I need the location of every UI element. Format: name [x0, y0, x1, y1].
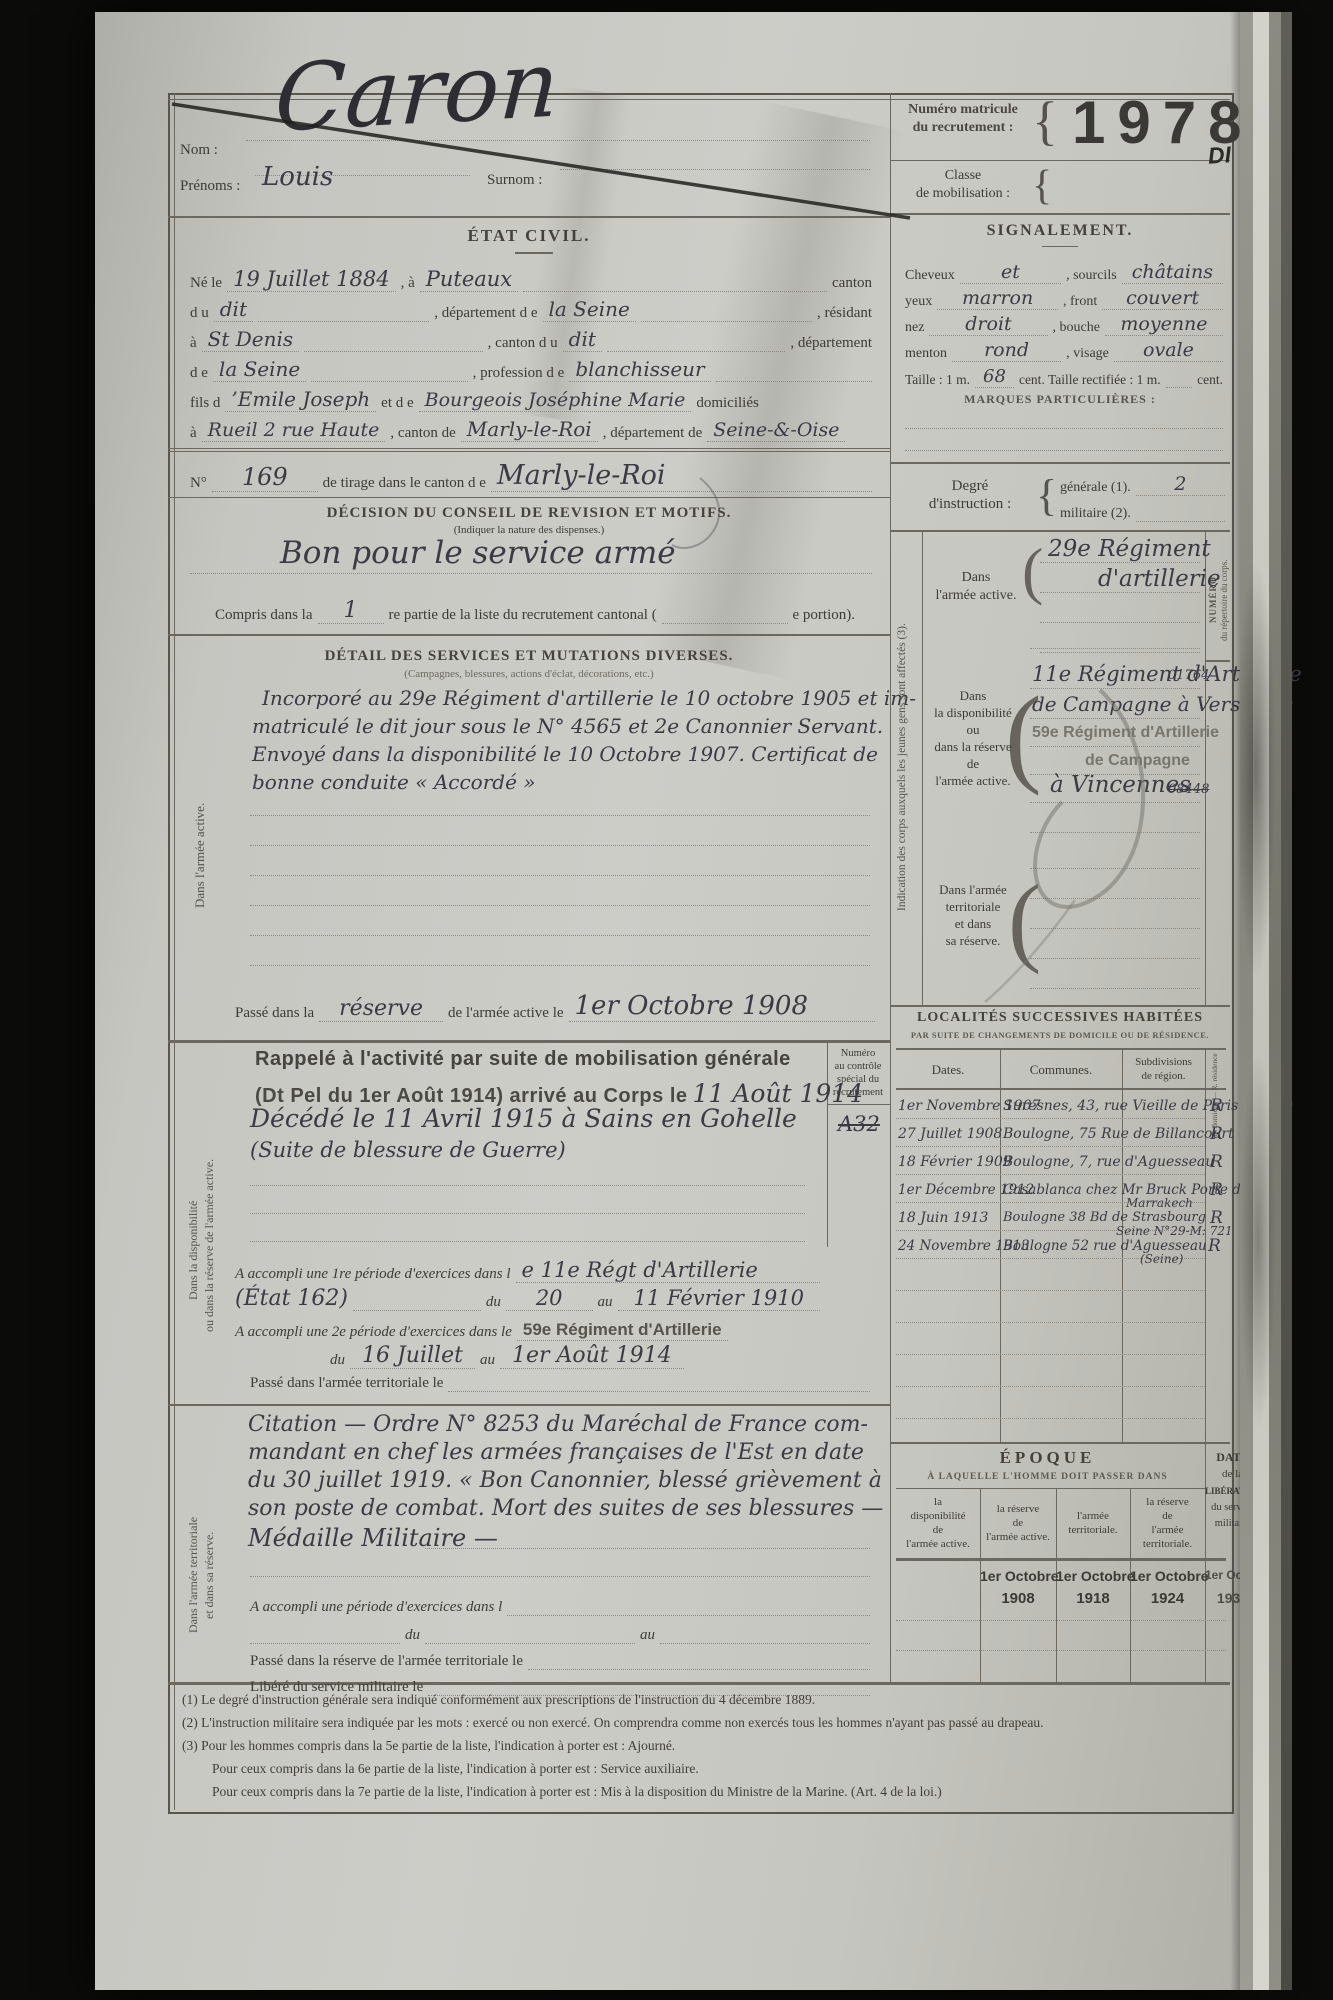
matricule-label-2: du recrutement :: [898, 120, 1028, 136]
domicilies-label: domiciliés: [696, 395, 759, 412]
rule-dotted: [896, 1418, 1205, 1419]
numero-label: N°: [190, 475, 207, 492]
decision-title: DÉCISION DU CONSEIL DE REVISION ET MOTIF…: [168, 505, 890, 522]
periode1-du-value: 20: [506, 1286, 593, 1311]
rule-line: [890, 1005, 1230, 1007]
footnote-1: (1) Le degré d'instruction générale sera…: [182, 1692, 815, 1708]
passe-label: Passé dans la: [235, 1005, 314, 1022]
ep-col1-line3: de: [896, 1524, 980, 1536]
ep-col1-line4: l'armée active.: [896, 1538, 980, 1550]
nom-label: Nom :: [180, 142, 218, 159]
ctrl-label-1: Numéro: [828, 1048, 888, 1059]
dispo-label-3: ou: [928, 722, 1018, 738]
etat-162-value: (État 162): [235, 1286, 348, 1311]
rule-line: [174, 93, 175, 1810]
ep-col1-line1: la: [896, 1496, 980, 1508]
loc-row-commune: Boulogne, 75 Rue de Billancourt: [1003, 1126, 1234, 1142]
corps-active-value-2: d'artillerie: [1098, 566, 1221, 592]
rule-dotted: [896, 1174, 1205, 1175]
decede-line: Décédé le 11 Avril 1915 à Sains en Gohel…: [250, 1104, 797, 1133]
rule-dotted: [1030, 688, 1200, 689]
di-stamp: DI: [1207, 141, 1232, 170]
cent-label: cent.: [1197, 372, 1223, 388]
ctrl-number-value: A32: [838, 1112, 880, 1136]
classe-label-1: Classe: [898, 168, 1028, 184]
periode2-regiment-stamp: 59e Régiment d'Artillerie: [517, 1320, 728, 1341]
sourcils-label: , sourcils: [1066, 268, 1117, 284]
ep-col4-line3: l'armée: [1130, 1524, 1205, 1536]
rule-dotted: [507, 1615, 870, 1616]
loc-row-commune: Boulogne 38 Bd de Strasbourg: [1003, 1210, 1206, 1225]
armee-active-label-1: Dans: [928, 570, 1024, 586]
col-dates-header: Dates.: [896, 1062, 1000, 1078]
mobilisation-stamp-line1: Rappelé à l'activité par suite de mobili…: [255, 1048, 791, 1071]
rule-line: [890, 530, 1230, 532]
rule-line: [168, 497, 890, 498]
line-periode2-dates: du 16 Juillet au 1er Août 1914: [330, 1339, 750, 1369]
ep-value-reserve-b: 1908: [980, 1590, 1056, 1607]
militaire-label: militaire (2).: [1060, 506, 1131, 522]
periode1-au-value: 11 Février 1910: [618, 1286, 820, 1311]
nez-label: nez: [905, 320, 924, 336]
services-hand-line4: bonne conduite « Accordé »: [252, 770, 536, 794]
ep-col3-line1: l'armée: [1056, 1510, 1130, 1522]
epoque-title: ÉPOQUE: [890, 1448, 1205, 1468]
rule-dotted: [896, 1322, 1205, 1323]
citation-line1: Citation — Ordre N° 8253 du Maréchal de …: [248, 1412, 868, 1437]
menton-label: menton: [905, 346, 947, 362]
rule-dotted: [250, 965, 870, 966]
au-label: au: [598, 1294, 613, 1311]
corps-dispo-number-1: 01764: [1168, 668, 1209, 683]
departement2-label: , département: [790, 335, 872, 352]
matricule-label-1: Numéro matricule: [898, 102, 1028, 118]
loc-row-dr: R: [1210, 1096, 1223, 1116]
sig-row-yeux: yeux marron , front couvert: [905, 284, 1223, 310]
rule-dotted: [896, 1354, 1205, 1355]
title-dash: [515, 252, 553, 254]
services-hand-line3: Envoyé dans la disponibilité le 10 Octob…: [252, 742, 878, 766]
line-periode-vierge: A accompli une période d'exercices dans …: [250, 1590, 870, 1616]
fils-de-label: fils d: [190, 395, 220, 412]
loc-row-dr: R: [1210, 1124, 1223, 1144]
tirage-canton-value: Marly-le-Roi: [491, 460, 872, 492]
line-instruction-generale: générale (1). 2: [1060, 472, 1225, 496]
cheveux-value: et: [960, 261, 1061, 284]
rule-dotted: [190, 573, 872, 574]
degre-label-2: d'instruction :: [910, 496, 1030, 513]
page-edge: [1240, 12, 1253, 1990]
rule-dotted: [896, 1146, 1205, 1147]
rule-dotted: [250, 1576, 870, 1577]
col-subdiv-header-1: Subdivisions: [1122, 1056, 1205, 1068]
citation-line5: Médaille Militaire —: [248, 1524, 498, 1552]
ctrl-label-3: spécial du: [828, 1074, 888, 1085]
decision-value: Bon pour le service armé: [280, 535, 676, 571]
line-tirage: N° 169 de tirage dans le canton d e Marl…: [190, 458, 872, 492]
localites-subtitle: PAR SUITE DE CHANGEMENTS DE DOMICILE OU …: [890, 1030, 1230, 1040]
taille-value: 68: [975, 366, 1014, 388]
domicile-value: Rueil 2 rue Haute: [202, 419, 386, 442]
ctrl-label-2: au contrôle: [828, 1061, 888, 1072]
rule-dotted: [250, 1185, 805, 1186]
a-label: , à: [401, 275, 415, 292]
sourcils-value: châtains: [1122, 261, 1223, 284]
line-compris: Compris dans la 1 re partie de la liste …: [215, 596, 855, 624]
generale-label: générale (1).: [1060, 480, 1131, 496]
sig-row-nez: nez droit , bouche moyenne: [905, 310, 1223, 336]
front-label: , front: [1063, 294, 1097, 310]
rule-dotted: [1040, 562, 1200, 563]
rule-dotted: [896, 1386, 1205, 1387]
corps-dispo-number-2: 08448: [1168, 782, 1209, 797]
footnote-3: (3) Pour les hommes compris dans la 5e p…: [182, 1738, 675, 1754]
line-profession: d e la Seine , profession d e blanchisse…: [190, 352, 872, 382]
rule-dotted: [250, 845, 870, 846]
rule-line: [168, 448, 890, 449]
canton-domicile-value: Marly-le-Roi: [461, 417, 598, 442]
passe-reserve-value: réserve: [319, 996, 443, 1022]
canton-du-label: , canton d u: [488, 335, 558, 352]
taille-rectifiee-label: cent. Taille rectifiée : 1 m.: [1019, 372, 1161, 388]
rule-line: [890, 462, 1230, 464]
taille-label: Taille : 1 m.: [905, 372, 970, 388]
section-rule: [168, 1040, 890, 1043]
ctrl-label-4: recrutement: [828, 1087, 888, 1098]
col-communes-header: Communes.: [1000, 1062, 1122, 1078]
rule-dotted: [1030, 718, 1200, 719]
ep-col2-line3: l'armée active.: [980, 1531, 1056, 1543]
localites-title: LOCALITÉS SUCCESSIVES HABITÉES: [890, 1010, 1230, 1026]
line-passe-reserve: Passé dans la réserve de l'armée active …: [235, 988, 875, 1022]
rule-dotted: [1030, 928, 1200, 929]
rule-dotted: [250, 935, 870, 936]
residant-label: , résidant: [817, 305, 872, 322]
classe-label-2: de mobilisation :: [898, 186, 1028, 202]
rule-dotted: [896, 1290, 1205, 1291]
repertoire-label-2: du répertoire du corps.: [1219, 535, 1229, 665]
passe-territoriale-label: Passé dans l'armée territoriale le: [250, 1375, 443, 1392]
departement-value: la Seine: [543, 297, 636, 322]
rule-dotted: [905, 428, 1223, 429]
line-periode1-dates: (État 162) du 20 au 11 Février 1910: [235, 1281, 820, 1311]
yeux-label: yeux: [905, 294, 932, 310]
visage-value: ovale: [1114, 339, 1223, 362]
services-title: DÉTAIL DES SERVICES ET MUTATIONS DIVERSE…: [168, 648, 890, 665]
generale-value: 2: [1136, 473, 1225, 496]
armee-active-le-label: de l'armée active le: [448, 1005, 564, 1022]
binding-blotch: [1236, 560, 1276, 980]
departement-res-value: la Seine: [213, 357, 306, 382]
page-edge: [1281, 12, 1292, 1990]
bouche-label: , bouche: [1053, 320, 1100, 336]
dispo-label-5: de: [928, 756, 1018, 772]
brace-icon: {: [1036, 470, 1057, 521]
rule-dotted: [250, 1241, 805, 1242]
rule-dotted: [896, 1118, 1205, 1119]
rule-dotted: [896, 1620, 1226, 1621]
ep-col4-line2: de: [1130, 1510, 1205, 1522]
canton-label: canton: [832, 275, 872, 292]
bouche-value: moyenne: [1105, 313, 1223, 336]
line-parents: fils d ’Emile Joseph et d e Bourgeois Jo…: [190, 382, 872, 412]
du-label: du: [486, 1294, 501, 1311]
rule-line: [168, 451, 890, 452]
citation-line4: son poste de combat. Mort des suites de …: [248, 1496, 883, 1521]
mother-name-value: Bourgeois Joséphine Marie: [419, 389, 692, 412]
front-value: couvert: [1102, 287, 1223, 310]
ep-value-reserve-terr-b: 1924: [1130, 1590, 1205, 1607]
rule-dotted: [250, 1213, 805, 1214]
dispo-label-1: Dans: [928, 688, 1018, 704]
rule-dotted: [662, 623, 788, 624]
corps-dispo-stamp-2: de Campagne: [1085, 752, 1190, 770]
sig-row-cheveux: Cheveux et , sourcils châtains: [905, 258, 1223, 284]
line-du-au-vierge: du au: [250, 1618, 870, 1644]
et-de-label: et d e: [381, 395, 413, 412]
ep-col3-line2: territoriale.: [1056, 1524, 1130, 1536]
dispo-label-2: la disponibilité: [928, 705, 1018, 721]
nez-value: droit: [929, 313, 1047, 336]
loc-row-dr: R: [1210, 1180, 1223, 1200]
section-rule: [168, 1404, 890, 1406]
prenoms-value: Louis: [262, 162, 333, 192]
rule-dotted: [1040, 622, 1200, 623]
du-label: d u: [190, 305, 209, 322]
blessure-line: (Suite de blessure de Guerre): [250, 1138, 566, 1162]
loc-row-sub: Marrakech: [1126, 1196, 1193, 1210]
rule-line: [890, 213, 1230, 215]
rule-dotted: [1030, 832, 1200, 833]
footnote-2: (2) L'instruction militaire sera indiqué…: [182, 1715, 1043, 1731]
ep-col2-line2: de: [980, 1517, 1056, 1529]
ctrl-column-divider: [827, 1042, 828, 1247]
services-hand-line1: Incorporé au 29e Régiment d'artillerie l…: [262, 686, 916, 710]
compris-end-label: e portion).: [793, 607, 855, 624]
liste-partie-value: 1: [318, 598, 384, 624]
rule-dotted: [250, 875, 870, 876]
loc-row-sub: (Seine): [1140, 1252, 1183, 1266]
paren-icon: (: [1022, 534, 1043, 608]
ep-col4-line1: la réserve: [1130, 1496, 1205, 1508]
territoriale-label-1: Dans l'armée: [928, 882, 1018, 898]
loc-row-commune: Boulogne, 7, rue d'Aguesseau: [1003, 1154, 1214, 1170]
section-rule: [168, 634, 890, 636]
prenoms-label: Prénoms :: [180, 178, 240, 195]
rule-dotted: [1030, 958, 1200, 959]
page-edge: [1253, 12, 1269, 1990]
armee-active-label-2: l'armée active.: [928, 588, 1024, 604]
departement-domicile-value: Seine-&-Oise: [707, 419, 845, 442]
line-canton: d u dit , département d e la Seine , rés…: [190, 292, 872, 322]
line-periode2: A accompli une 2e période d'exercices da…: [235, 1311, 820, 1341]
territoriale-label-4: sa réserve.: [928, 933, 1018, 949]
footnote-5: Pour ceux compris dans la 7e partie de l…: [212, 1784, 942, 1800]
rule-line: [896, 1048, 1226, 1050]
menton-value: rond: [952, 339, 1061, 362]
page-edge-shadow: [1230, 12, 1240, 1990]
a2-label: à: [190, 425, 197, 442]
epoque-subtitle: À LAQUELLE L'HOMME DOIT PASSER DANS: [890, 1472, 1205, 1482]
rule-dotted: [1030, 868, 1200, 869]
rule-dotted: [1166, 387, 1193, 388]
ep-col1-line2: disponibilité: [896, 1510, 980, 1522]
citation-line2: mandant en chef les armées françaises de…: [248, 1440, 864, 1465]
line-ne-le: Né le 19 Juillet 1884 , à Puteaux canton: [190, 262, 872, 292]
loc-row-dr: R: [1210, 1208, 1223, 1228]
corps-dispo-stamp-1: 59e Régiment d'Artillerie: [1032, 724, 1219, 742]
rule-dotted: [250, 815, 870, 816]
de-label: d e: [190, 365, 208, 382]
title-dash: [1042, 246, 1078, 247]
signalement-title: SIGNALEMENT.: [890, 222, 1230, 240]
rule-dotted: [1030, 802, 1200, 803]
yeux-value: marron: [937, 287, 1058, 310]
visage-label: , visage: [1066, 346, 1109, 362]
profession-label: , profession d e: [473, 365, 565, 382]
corps-side-label: Indication des corps auxquels les jeunes…: [896, 540, 908, 995]
loc-row-date: 18 Juin 1913: [898, 1210, 988, 1226]
marques-title: MARQUES PARTICULIÈRES :: [890, 392, 1230, 407]
canton-du-value: dit: [563, 327, 602, 352]
passe-reserve-date: 1er Octobre 1908: [569, 991, 875, 1022]
ep-value-territoriale-a: 1er Octobre: [1056, 1568, 1130, 1584]
rule-line: [922, 530, 923, 1005]
ne-le-label: Né le: [190, 275, 222, 292]
loc-row-dr: R: [1210, 1152, 1223, 1172]
birth-date-value: 19 Juillet 1884: [227, 267, 395, 292]
rule-dotted: [1030, 648, 1200, 649]
tirage-number-value: 169: [212, 463, 318, 492]
rule-line: [896, 1488, 1205, 1489]
ep-col2-line1: la réserve: [980, 1503, 1056, 1515]
ep-value-reserve-a: 1er Octobre: [980, 1568, 1056, 1584]
rule-line: [890, 160, 1230, 161]
rule-dotted: [1136, 521, 1225, 522]
profession-value: blanchisseur: [569, 357, 710, 382]
ep-col4-line4: territoriale.: [1130, 1538, 1205, 1550]
ep-value-reserve-terr-a: 1er Octobre: [1130, 1568, 1205, 1584]
rule-dotted: [1030, 898, 1200, 899]
services-subtitle: (Campagnes, blessures, actions d'éclat, …: [168, 668, 890, 680]
corps-active-value-1: 29e Régiment: [1048, 536, 1211, 562]
birth-place-value: Puteaux: [420, 267, 518, 292]
rule-dotted: [448, 1391, 870, 1392]
residence-value: St Denis: [202, 327, 300, 352]
brace-icon: {: [1032, 90, 1058, 152]
line-residence: à St Denis , canton d u dit , départemen…: [190, 322, 872, 352]
territoriale-label-2: territoriale: [928, 899, 1018, 915]
rule-line: [890, 1442, 1230, 1444]
degre-label-1: Degré: [910, 478, 1030, 495]
brace-icon: {: [1032, 162, 1052, 210]
services-hand-line2: matriculé le dit jour sous le N° 4565 et…: [252, 714, 883, 738]
rule-dotted: [896, 1650, 1226, 1651]
territoriale-side-label-2: et dans sa réserve.: [202, 1445, 217, 1705]
etat-civil-title: ÉTAT CIVIL.: [168, 226, 890, 246]
compris-label: Compris dans la: [215, 607, 313, 624]
rule-line: [1205, 530, 1206, 1005]
line-libere: Libéré du service militaire le: [250, 1650, 870, 1696]
rule-line: [896, 1558, 1226, 1561]
disponibilite-side-label-1: Dans la disponibilité: [186, 1110, 201, 1390]
section-rule: [168, 216, 890, 218]
loc-row-date: 27 Juillet 1908: [898, 1126, 1002, 1142]
du-label: du: [405, 1627, 420, 1644]
rule-dotted: [1030, 988, 1200, 989]
loc-row-date: 18 Février 1909: [898, 1154, 1012, 1170]
compris-mid-label: re partie de la liste du recrutement can…: [389, 607, 657, 624]
rule-dotted: [560, 169, 870, 170]
line-instruction-militaire: militaire (2).: [1060, 498, 1225, 522]
loc-row-dr: R: [1208, 1236, 1221, 1256]
departement-de-label: , département de: [603, 425, 703, 442]
armee-active-side-label: Dans l'armée active.: [192, 690, 208, 1020]
rule-dotted: [1040, 592, 1200, 593]
au-label: au: [640, 1627, 655, 1644]
territoriale-side-label-1: Dans l'armée territoriale: [186, 1430, 201, 1720]
footnote-4: Pour ceux compris dans la 6e partie de l…: [212, 1761, 699, 1777]
ep-value-territoriale-b: 1918: [1056, 1590, 1130, 1607]
sig-row-taille: Taille : 1 m. 68 cent. Taille rectifiée …: [905, 364, 1223, 388]
binding-blotch: [1240, 1050, 1276, 1430]
citation-line3: du 30 juillet 1919. « Bon Canonnier, ble…: [248, 1468, 882, 1493]
departement-label: , département d e: [434, 305, 537, 322]
rule-dotted: [905, 450, 1223, 451]
rule-line: [896, 1088, 1226, 1090]
periode1-value: e 11e Régt d'Artillerie: [516, 1258, 821, 1283]
father-name-value: ’Emile Joseph: [225, 387, 376, 412]
cheveux-label: Cheveux: [905, 268, 955, 284]
dispo-label-4: dans la réserve: [928, 739, 1018, 755]
canton-de-label: , canton de: [390, 425, 455, 442]
page-edge: [1269, 12, 1281, 1990]
canton-value: dit: [214, 297, 253, 322]
disponibilite-side-label-2: ou dans la réserve de l'armée active.: [202, 1080, 217, 1410]
col-subdiv-header-2: de région.: [1122, 1070, 1205, 1082]
line-passe-territoriale: Passé dans l'armée territoriale le: [250, 1366, 870, 1392]
dispo-label-6: l'armée active.: [928, 773, 1018, 789]
sig-row-menton: menton rond , visage ovale: [905, 336, 1223, 362]
surname-script: Caron: [272, 30, 561, 152]
tirage-label: de tirage dans le canton d e: [323, 475, 486, 492]
line-periode1: A accompli une 1re période d'exercices d…: [235, 1253, 820, 1283]
rule-dotted: [250, 905, 870, 906]
territoriale-label-3: et dans: [928, 916, 1018, 932]
rule-dotted: [1030, 746, 1200, 747]
periode-vierge-label: A accompli une période d'exercices dans …: [250, 1599, 502, 1616]
a-label: à: [190, 335, 197, 352]
surnom-label: Surnom :: [487, 172, 542, 189]
rule-dotted: [1040, 652, 1200, 653]
line-domicile: à Rueil 2 rue Haute , canton de Marly-le…: [190, 412, 872, 442]
